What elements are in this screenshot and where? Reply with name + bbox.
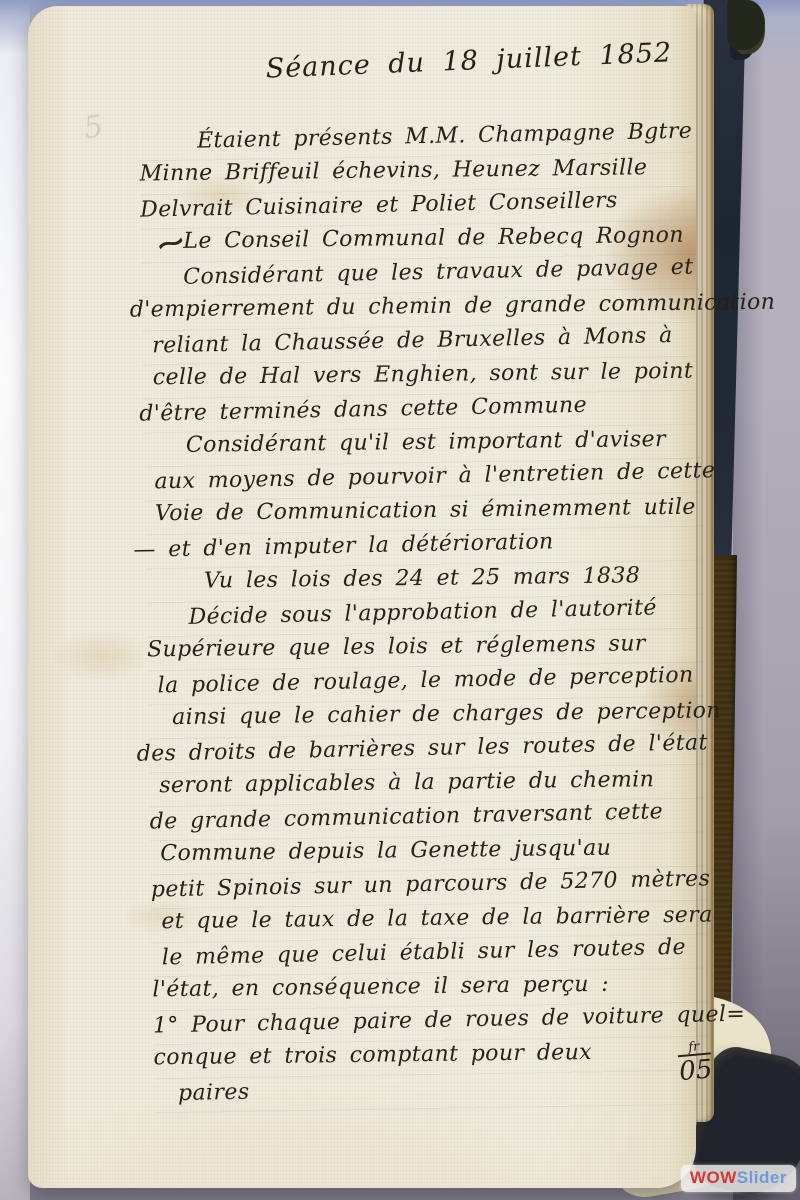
handwriting-layer: Séance du 18 juillet 1852 Étaient présen… bbox=[138, 42, 711, 1115]
watermark-wow-text: WOW bbox=[690, 1168, 737, 1187]
margin-note-amount: 05 bbox=[678, 1054, 714, 1087]
manuscript-body: Étaient présents M.M. Champagne Bgtre Mi… bbox=[139, 120, 710, 1115]
margin-amount-note: fr 05 bbox=[677, 1040, 714, 1087]
seance-title: Séance du 18 juillet 1852 bbox=[265, 36, 695, 107]
manuscript-page: 5 Séance du 18 juillet 1852 Étaient prés… bbox=[28, 6, 696, 1188]
photo-of-manuscript: 5 Séance du 18 juillet 1852 Étaient prés… bbox=[0, 0, 800, 1200]
watermark-slider-text: Slider bbox=[737, 1168, 787, 1187]
left-wall-edge bbox=[0, 0, 30, 1200]
text-line-content: Le Conseil Communal de Rebecq Rognon bbox=[183, 223, 684, 254]
wowslider-watermark[interactable]: WOWSlider bbox=[681, 1165, 796, 1192]
